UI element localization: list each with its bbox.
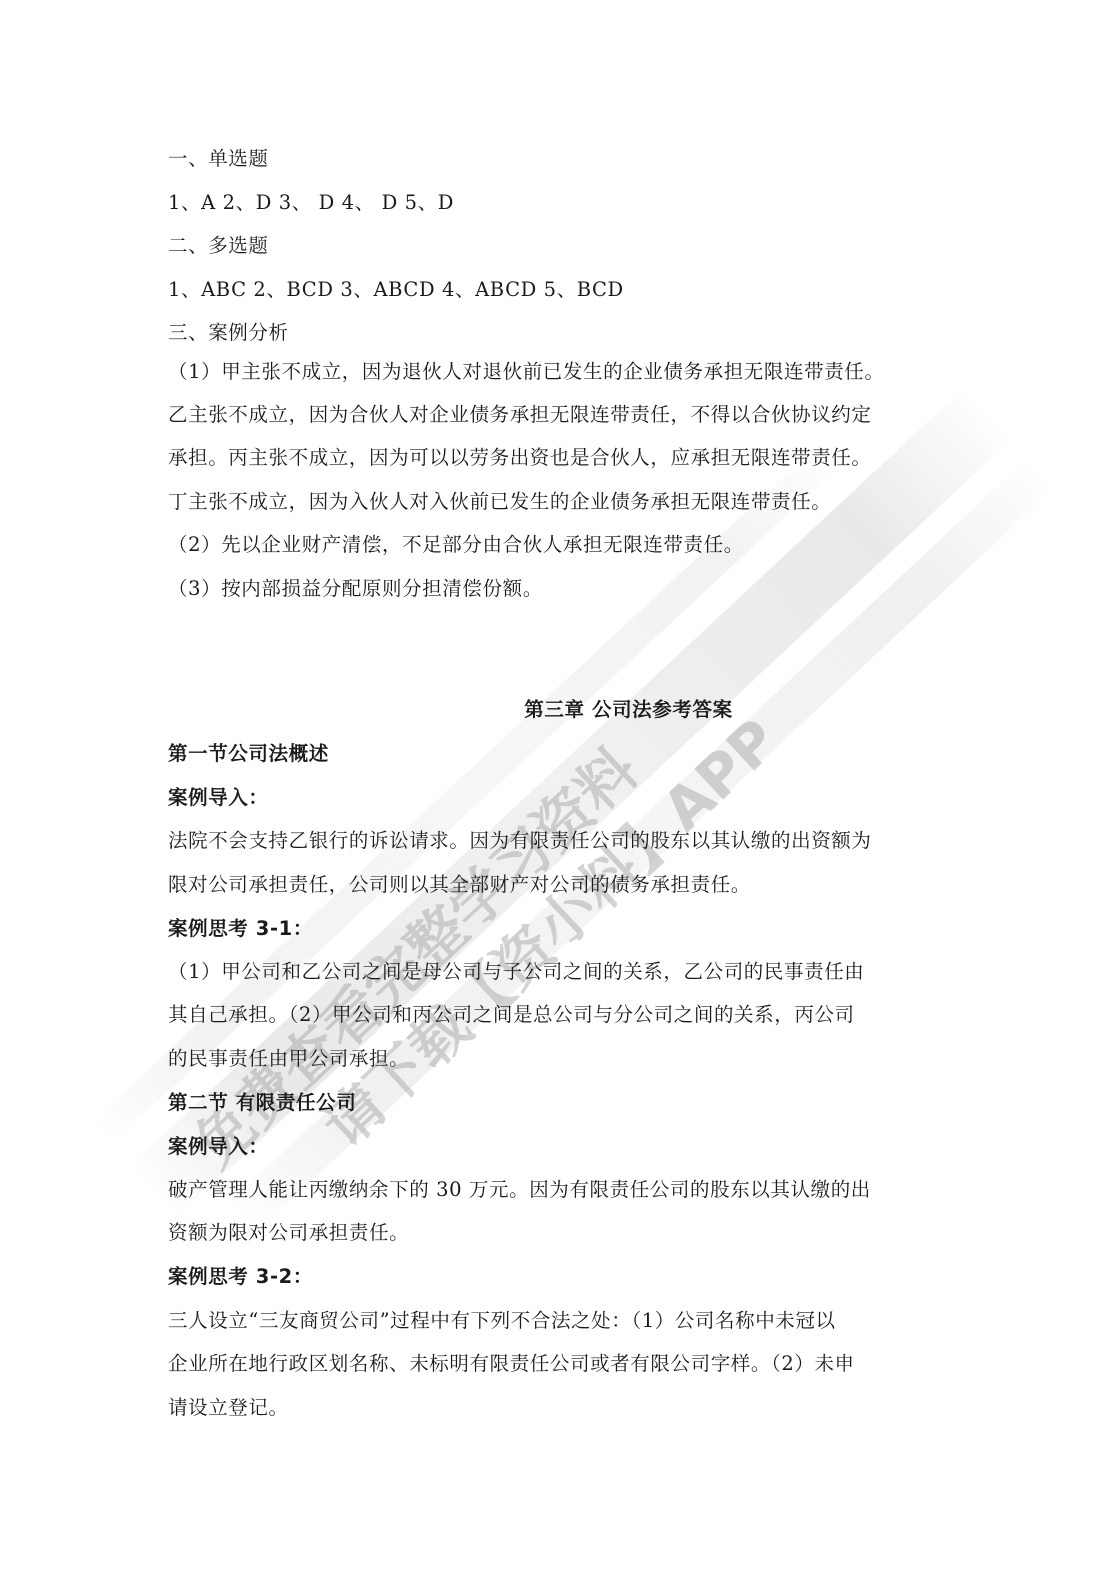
paragraph-line: 乙主张不成立，因为合伙人对企业债务承担无限连带责任，不得以合伙协议约定 <box>168 399 872 427</box>
chapter-section-title: 第二节 有限责任公司 <box>168 1087 356 1115</box>
paragraph-line: （1）甲主张不成立，因为退伙人对退伙前已发生的企业债务承担无限连带责任。 <box>168 356 885 384</box>
paragraph-line: 法院不会支持乙银行的诉讼请求。因为有限责任公司的股东以其认缴的出资额为 <box>168 825 872 853</box>
paragraph-line: 企业所在地行政区划名称、未标明有限责任公司或者有限公司字样。（2）未申 <box>168 1348 855 1376</box>
block-heading: 案例导入： <box>168 1131 269 1159</box>
paragraph-line: 三人设立“三友商贸公司”过程中有下列不合法之处：（1）公司名称中未冠以 <box>168 1305 836 1333</box>
paragraph-line: （1）甲公司和乙公司之间是母公司与子公司之间的关系，乙公司的民事责任由 <box>168 956 864 984</box>
paragraph-line: 破产管理人能让丙缴纳余下的 30 万元。因为有限责任公司的股东以其认缴的出 <box>168 1174 871 1202</box>
paragraph-line: 限对公司承担责任，公司则以其全部财产对公司的债务承担责任。 <box>168 869 751 897</box>
multiple-choice-answers: 1、ABC 2、BCD 3、ABCD 4、ABCD 5、BCD <box>168 274 624 302</box>
section-heading-single-choice: 一、单选题 <box>168 143 269 171</box>
paragraph-line: 承担。丙主张不成立，因为可以以劳务出资也是合伙人，应承担无限连带责任。 <box>168 442 872 470</box>
paragraph-line: （3）按内部损益分配原则分担清偿份额。 <box>168 573 543 601</box>
chapter-title: 第三章 公司法参考答案 <box>0 694 1117 722</box>
block-heading: 案例思考 3-1： <box>168 913 313 941</box>
block-heading: 案例思考 3-2： <box>168 1261 313 1289</box>
watermark-text-line2: 请下载【资小料】APP <box>301 696 793 1162</box>
paragraph-line: （2）先以企业财产清偿，不足部分由合伙人承担无限连带责任。 <box>168 529 744 557</box>
paragraph-line: 丁主张不成立，因为入伙人对入伙前已发生的企业债务承担无限连带责任。 <box>168 486 831 514</box>
section-heading-multiple-choice: 二、多选题 <box>168 230 269 258</box>
paragraph-line: 资额为限对公司承担责任。 <box>168 1217 409 1245</box>
paragraph-line: 其自己承担。（2）甲公司和丙公司之间是总公司与分公司之间的关系，丙公司 <box>168 999 855 1027</box>
single-choice-answers: 1、A 2、D 3、 D 4、 D 5、D <box>168 187 454 215</box>
section-heading-case-analysis: 三、案例分析 <box>168 317 289 345</box>
block-heading: 案例导入： <box>168 782 269 810</box>
paragraph-line: 请设立登记。 <box>168 1392 289 1420</box>
document-page: 免费查看完整学习资料 请下载【资小料】APP 一、单选题 1、A 2、D 3、 … <box>0 0 1117 1579</box>
paragraph-line: 的民事责任由甲公司承担。 <box>168 1043 409 1071</box>
chapter-section-title: 第一节公司法概述 <box>168 738 329 766</box>
